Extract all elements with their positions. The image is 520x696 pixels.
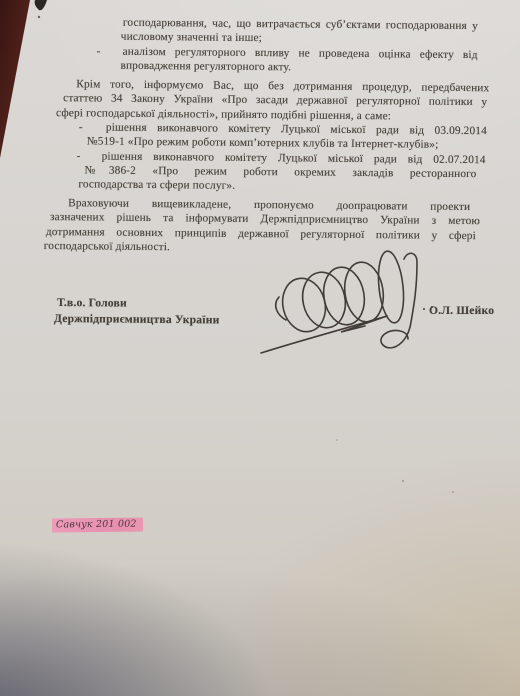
text-line: господарства та сфери послуг». xyxy=(78,178,488,196)
list-item-continued: господарювання, час, що витрачається суб… xyxy=(46,15,490,48)
paragraph-conclusion: Враховуючи вищевикладене, пропонуємо доо… xyxy=(44,196,489,258)
list-dash: - xyxy=(79,120,83,134)
list-dash: - xyxy=(97,44,101,58)
paragraph-procedures: Крім того, інформуємо Вас, що без дотрим… xyxy=(45,77,489,124)
document-body-text: господарювання, час, що витрачається суб… xyxy=(44,15,490,258)
list-item-analysis: -аналізом регуляторного впливу не провед… xyxy=(45,44,489,77)
document-photo: господарювання, час, що витрачається суб… xyxy=(0,0,520,696)
list-item-decision-1: -рішення виконавчого комітету Луцької мі… xyxy=(45,120,489,153)
highlight-note-text: Савчук 201 002 xyxy=(56,519,137,531)
signer-organization-line: Держпідприємництва України xyxy=(54,311,287,329)
text-line: господарської діяльності. xyxy=(44,239,488,258)
text-line: впровадження регуляторного акту. xyxy=(120,59,489,77)
signature-title-block: Т.в.о. Голови Держпідприємництва України xyxy=(57,295,287,328)
paper-specks xyxy=(336,439,454,493)
signer-name: О.Л. Шейко xyxy=(429,304,494,317)
highlight-note: Савчук 201 002 xyxy=(52,518,143,533)
list-dash: - xyxy=(77,149,81,163)
table-surface-corner xyxy=(0,0,34,162)
list-item-decision-2: -рішення виконавчого комітету Луцької мі… xyxy=(44,149,488,196)
signer-position-line: Т.в.о. Голови xyxy=(57,295,287,313)
